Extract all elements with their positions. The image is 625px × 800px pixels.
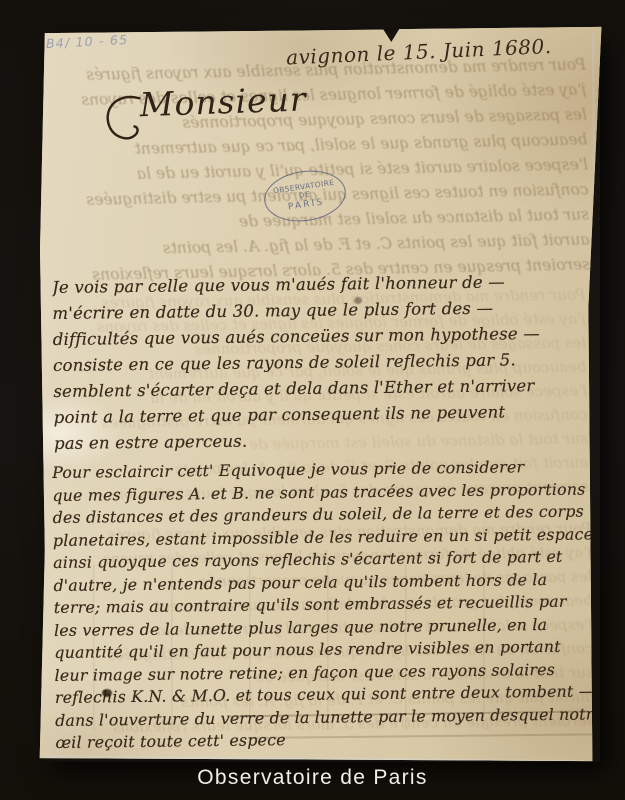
stamp-text: PARIS [287,197,325,212]
salutation: Monsieur [99,79,308,146]
ink-blot [102,689,112,697]
letter-page: Pour rendre ma demonstration plus sensib… [38,25,606,767]
photo-caption: Observatoire de Paris [0,766,625,790]
ink-blot [354,297,362,304]
letter-paragraph-2: Pour esclaircir cett' Equivoque je vous … [52,455,608,754]
archival-code: B4/ 10 - 65 [46,32,129,51]
letter-paragraph-1: Je vois par celle que vous m'aués fait l… [52,268,602,457]
salutation-text: Monsieur [139,79,307,124]
photo-backdrop: Pour rendre ma demonstration plus sensib… [0,0,625,800]
